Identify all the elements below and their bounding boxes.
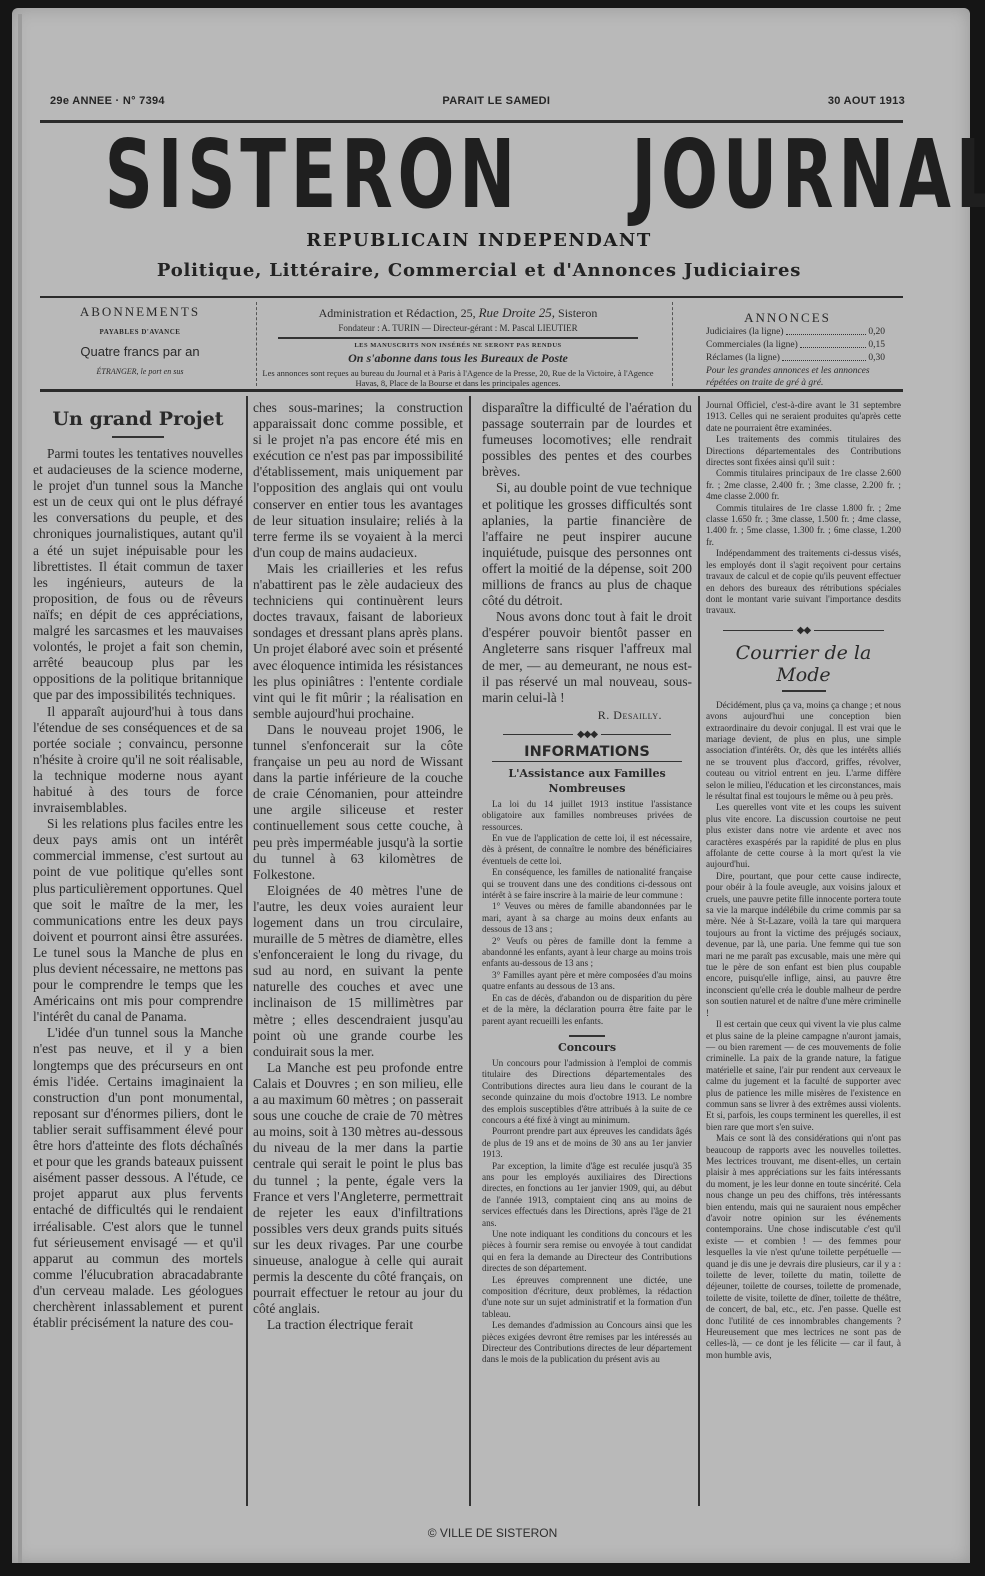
- newspaper-title: SISTERON S JOURNAL: [46, 120, 896, 230]
- subscriptions-price: Quatre francs par an: [30, 344, 250, 359]
- masthead-rule-middle: [40, 296, 903, 298]
- subscriptions-payable: PAYABLES D'AVANCE: [30, 328, 250, 336]
- courrier-mode-title: Courrier de la Mode: [706, 642, 901, 686]
- subtitle: REPUBLICAIN INDEPENDANT: [0, 230, 958, 251]
- subscribe-notice: On s'abonne dans tous les Bureaux de Pos…: [258, 351, 658, 366]
- article-body-continued: ches sous-marines; la construction appar…: [253, 400, 463, 1333]
- ad-rate-row: Commerciales (la ligne)0,15: [680, 339, 895, 352]
- column-4: Journal Officiel, c'est-à-dire avant le …: [706, 400, 901, 1361]
- administration-box: Administration et Rédaction, 25, Rue Dro…: [258, 300, 658, 388]
- band-separator: [672, 302, 673, 386]
- subscriptions-abroad: ÉTRANGER, le port en sus: [30, 367, 250, 376]
- concours-body: Un concours pour l'admission à l'emploi …: [482, 1058, 692, 1366]
- ornament-divider-icon: ◆◆◆: [482, 729, 692, 740]
- concours-title: Concours: [482, 1040, 692, 1055]
- column-2: ches sous-marines; la construction appar…: [253, 400, 463, 1333]
- article-body: Parmi toutes les tentatives nouvelles et…: [33, 446, 243, 1331]
- title-rule: [782, 690, 826, 692]
- column-separator: [246, 396, 248, 1506]
- ad-rate-row: Judiciaires (la ligne)0,20: [680, 326, 895, 339]
- assistance-body: La loi du 14 juillet 1913 institue l'ass…: [482, 799, 692, 1027]
- ad-rates-box: ANNONCES Judiciaires (la ligne)0,20 Comm…: [680, 300, 895, 388]
- tagline: Politique, Littéraire, Commercial et d'A…: [0, 260, 958, 281]
- subscriptions-heading: ABONNEMENTS: [30, 304, 250, 320]
- title-left: SISTERON: [105, 120, 520, 230]
- column-3: disparaître la difficulté de l'aération …: [482, 400, 692, 1366]
- title-right: JOURNAL: [631, 120, 985, 230]
- ad-rates-note: Pour les grandes annonces et les annonce…: [680, 365, 895, 389]
- section-rule: [569, 1035, 605, 1037]
- courrier-mode-body: Décidément, plus ça va, moins ça change …: [706, 700, 901, 1362]
- ad-rate-row: Réclames (la ligne)0,30: [680, 352, 895, 365]
- publication-frequency: PARAIT LE SAMEDI: [442, 95, 550, 107]
- title-rule: [112, 436, 164, 438]
- concours-body-continued: Journal Officiel, c'est-à-dire avant le …: [706, 400, 901, 617]
- manuscripts-notice: LES MANUSCRITS NON INSÉRÉS NE SERONT PAS…: [258, 342, 658, 349]
- ads-notice: Les annonces sont reçues au bureau du Jo…: [258, 368, 658, 388]
- address-line: Administration et Rédaction, 25, Rue Dro…: [258, 305, 658, 321]
- masthead-top-line: 29e ANNEE · N° 7394 PARAIT LE SAMEDI 30 …: [50, 95, 905, 107]
- article-title: Un grand Projet: [33, 408, 243, 430]
- column-separator: [469, 396, 471, 1506]
- article-author: R. Desailly.: [482, 708, 662, 723]
- ornament-divider-icon: ◆◆: [706, 625, 901, 636]
- admin-rule: [278, 337, 638, 339]
- column-1: Un grand Projet Parmi toutes les tentati…: [33, 400, 243, 1331]
- founders-line: Fondateur : A. TURIN — Directeur-gérant …: [258, 323, 658, 333]
- copyright-footer: © VILLE DE SISTERON: [0, 1526, 985, 1540]
- ad-rates-heading: ANNONCES: [680, 310, 895, 326]
- issue-date: 30 AOUT 1913: [828, 95, 905, 107]
- assistance-title: L'Assistance aux Familles Nombreuses: [482, 766, 692, 796]
- masthead-rule-bottom: [40, 389, 903, 392]
- band-separator: [256, 302, 257, 386]
- subscriptions-box: ABONNEMENTS PAYABLES D'AVANCE Quatre fra…: [30, 300, 250, 388]
- article-body-end: disparaître la difficulté de l'aération …: [482, 400, 692, 706]
- issue-number: 29e ANNEE · N° 7394: [50, 95, 165, 107]
- informations-heading: INFORMATIONS: [492, 744, 682, 762]
- column-separator: [698, 396, 700, 1506]
